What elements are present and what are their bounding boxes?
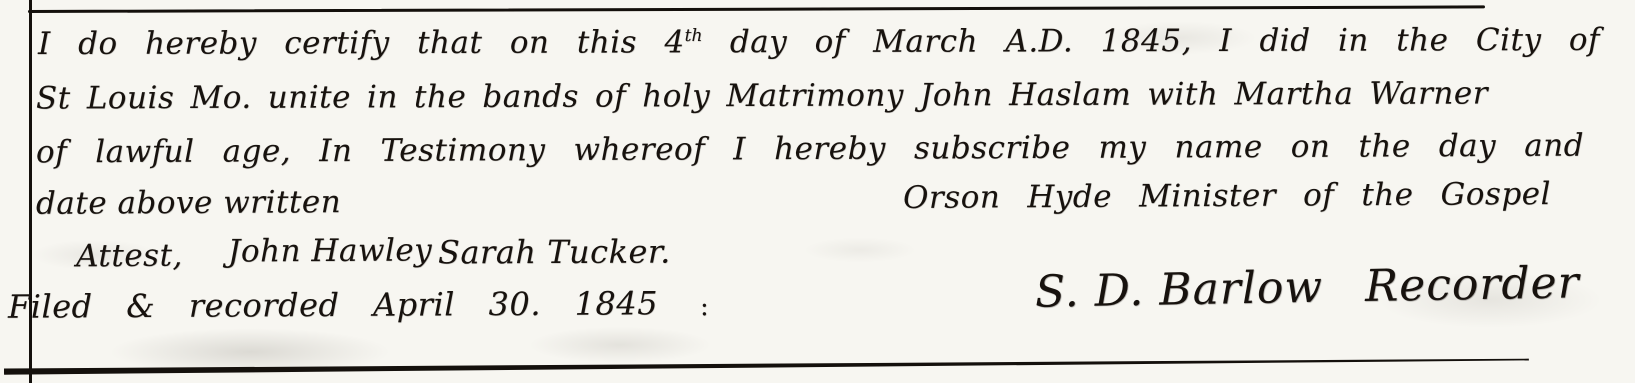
certificate-scan-page: I do hereby certify that on this 4th day…	[0, 0, 1635, 383]
certificate-line-2: St Louis Mo. unite in the bands of holy …	[36, 75, 1488, 116]
top-border-rule	[28, 5, 1485, 13]
recorder-title: Recorder	[1365, 257, 1580, 312]
witness-signature-2: Sarah Tucker.	[438, 233, 671, 272]
recorder-signature-name: S. D. Barlow	[1035, 262, 1324, 318]
certificate-line-1-text: I do hereby certify that on this 4	[38, 24, 685, 62]
filing-ink-mark: :	[700, 292, 709, 322]
certificate-line-1-continuation: day of March A.D. 1845, I did in the Cit…	[702, 22, 1600, 60]
officiant-signature-line: Orson Hyde Minister of the Gospel	[903, 176, 1551, 216]
certificate-line-1: I do hereby certify that on this 4th day…	[38, 22, 1600, 62]
ordinal-superscript: th	[685, 26, 703, 46]
certificate-line-3: of lawful age, In Testimony whereof I he…	[36, 128, 1584, 171]
filing-note: Filed & recorded April 30. 1845	[8, 284, 658, 325]
certificate-line-4: date above written	[36, 184, 341, 222]
witness-signature-1: John Hawley	[228, 232, 432, 269]
recorder-signature: S. D. BarlowRecorder	[1035, 257, 1580, 317]
attest-label: Attest,	[76, 238, 183, 275]
bottom-border-rule	[4, 356, 1529, 375]
